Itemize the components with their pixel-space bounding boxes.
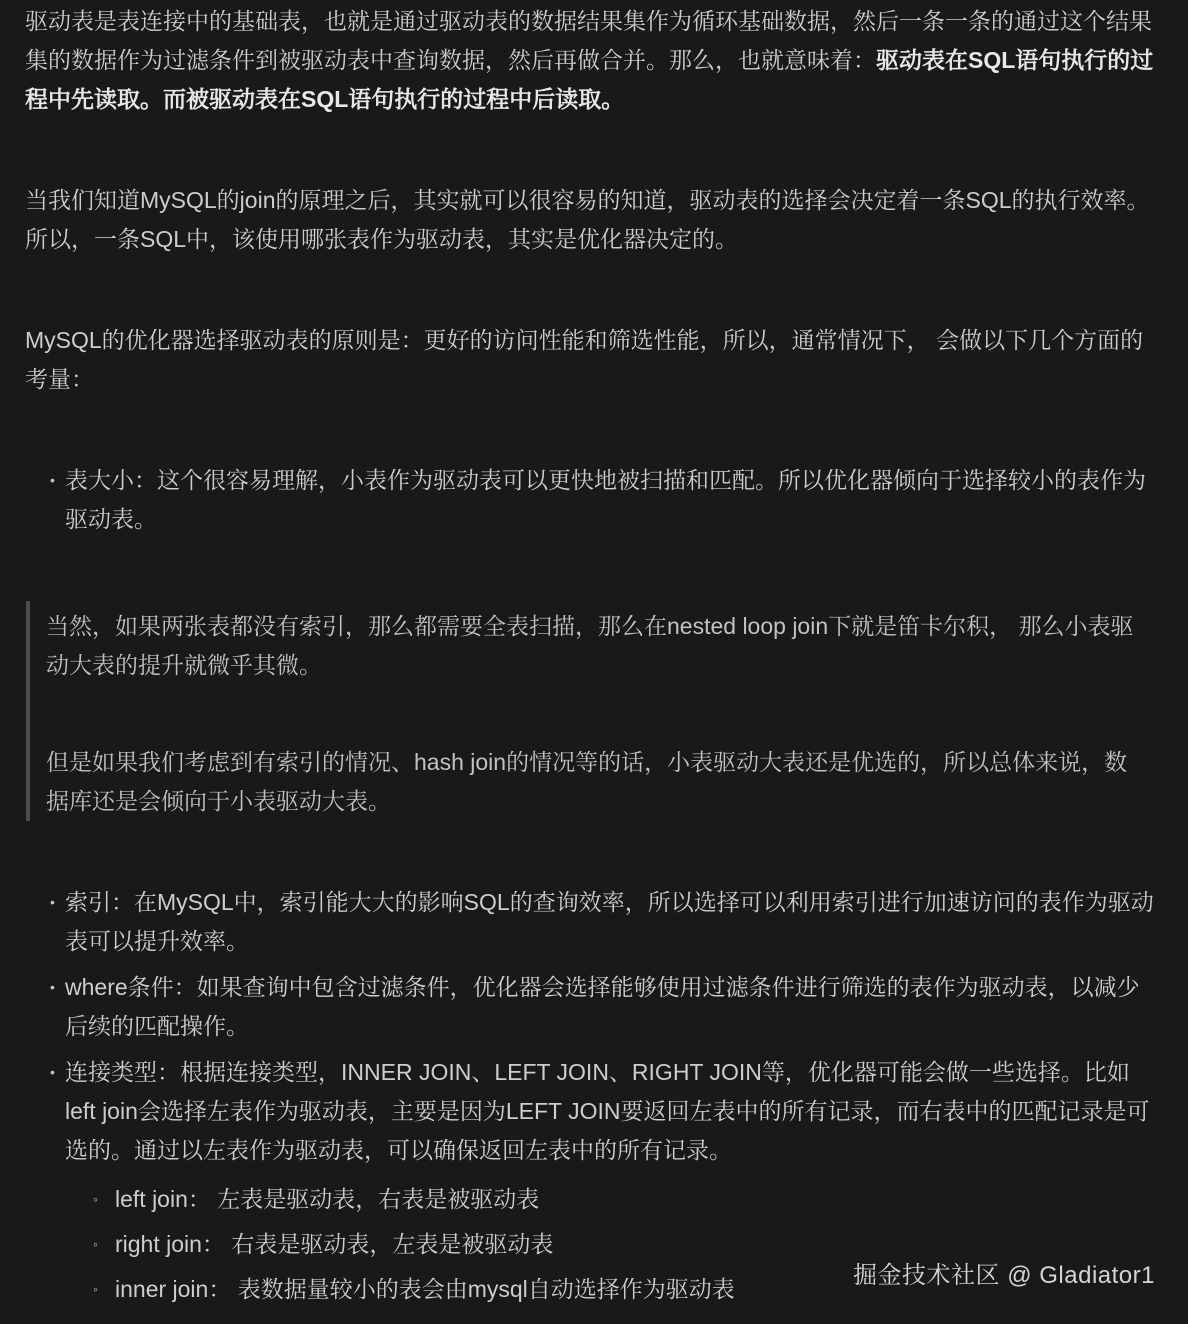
paragraph-join-principle: 当我们知道MySQL的join的原理之后，其实就可以很容易的知道，驱动表的选择会… bbox=[25, 181, 1158, 259]
watermark: 掘金技术社区 @ Gladiator1 bbox=[853, 1261, 1155, 1291]
list-item-table-size: 表大小：这个很容易理解，小表作为驱动表可以更快地被扫描和匹配。所以优化器倾向于选… bbox=[25, 461, 1158, 539]
paragraph-driving-table-intro: 驱动表是表连接中的基础表，也就是通过驱动表的数据结果集作为循环基础数据，然后一条… bbox=[25, 2, 1158, 119]
sublist-item-right-join: right join： 右表是驱动表，左表是被驱动表 bbox=[65, 1225, 1158, 1264]
list-item-index: 索引：在MySQL中，索引能大大的影响SQL的查询效率，所以选择可以利用索引进行… bbox=[25, 883, 1158, 961]
join-type-text: 连接类型：根据连接类型，INNER JOIN、LEFT JOIN、RIGHT J… bbox=[65, 1059, 1149, 1163]
paragraph-optimizer-rules: MySQL的优化器选择驱动表的原则是：更好的访问性能和筛选性能，所以，通常情况下… bbox=[25, 321, 1158, 399]
blockquote-paragraph-with-index: 但是如果我们考虑到有索引的情况、hash join的情况等的话，小表驱动大表还是… bbox=[46, 743, 1144, 821]
list-item-where-condition: where条件：如果查询中包含过滤条件，优化器会选择能够使用过滤条件进行筛选的表… bbox=[25, 968, 1158, 1046]
blockquote-paragraph-no-index: 当然，如果两张表都没有索引，那么都需要全表扫描，那么在nested loop j… bbox=[46, 607, 1144, 685]
blockquote-index-note: 当然，如果两张表都没有索引，那么都需要全表扫描，那么在nested loop j… bbox=[26, 601, 1158, 821]
sublist-item-left-join: left join： 左表是驱动表，右表是被驱动表 bbox=[65, 1180, 1158, 1219]
list-considerations: 索引：在MySQL中，索引能大大的影响SQL的查询效率，所以选择可以利用索引进行… bbox=[25, 883, 1158, 1309]
article-body: 驱动表是表连接中的基础表，也就是通过驱动表的数据结果集作为循环基础数据，然后一条… bbox=[0, 0, 1188, 1309]
list-table-size: 表大小：这个很容易理解，小表作为驱动表可以更快地被扫描和匹配。所以优化器倾向于选… bbox=[25, 461, 1158, 539]
